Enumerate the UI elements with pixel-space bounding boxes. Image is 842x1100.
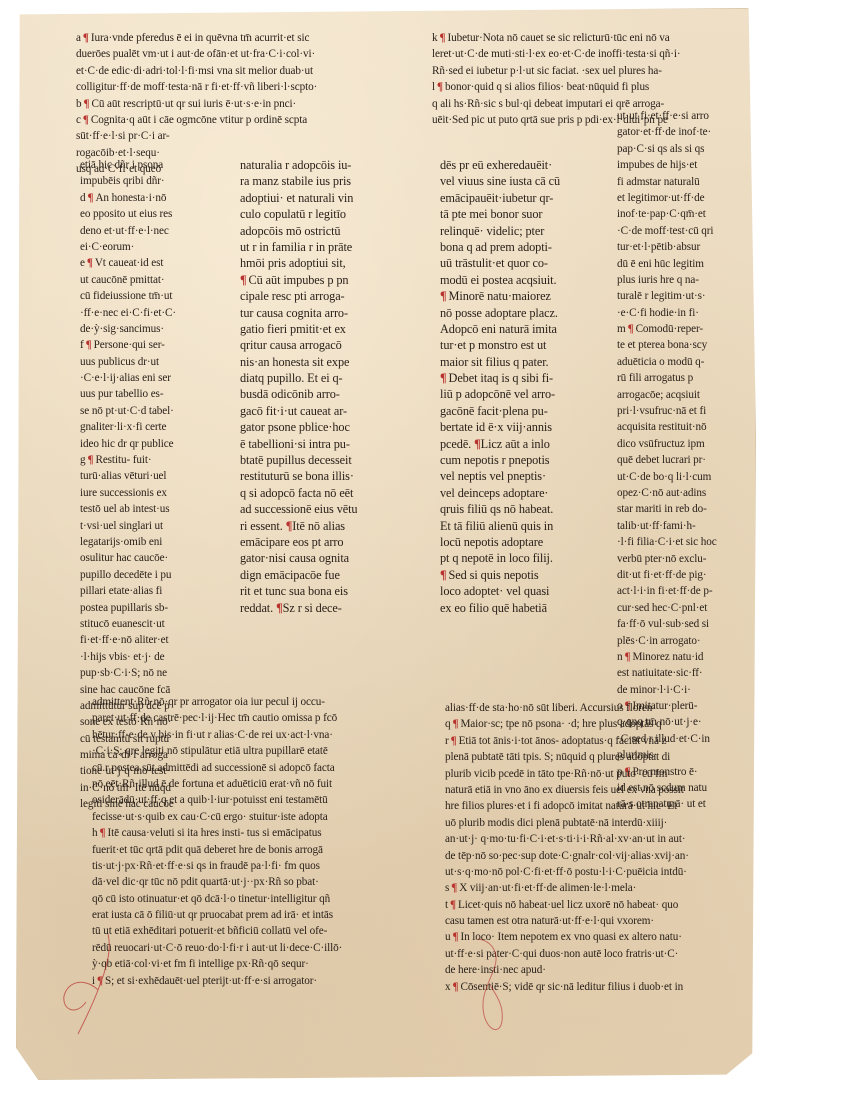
text-line: dū ē eni hūc legitim (617, 256, 717, 272)
line-text: nis·an honesta sit expe (240, 355, 349, 369)
text-line: gator·nisi causa ognita (240, 550, 357, 566)
line-text: hre filios plures·et i fi adopcō imitat … (445, 800, 677, 812)
text-line: paret·ut·ff·de castrē·pec·l·ij·Hec tm̄ c… (92, 710, 342, 726)
line-text: gator·nisi causa ognita (240, 551, 349, 565)
line-text: rēdū reuocari·ut·C·ō reuo·do·l·fi·r i au… (92, 942, 342, 954)
text-line: bertate id ē·x viij·annis (440, 419, 560, 435)
text-line: tis·ut·j·px·Rñ·et·ff·e·si qs in fraudē p… (92, 858, 342, 874)
text-line: i¶S; et si·exhēdauēt·uel pterijt·ut·ff·e… (92, 973, 342, 989)
text-line: te et pterea bona·scy (617, 337, 717, 353)
text-line: postea pupillaris sb- (80, 600, 176, 616)
rubricated-pilcrow-icon: ¶ (451, 882, 457, 894)
line-text: pap·C·si qs als si qs (617, 143, 704, 155)
text-line: rit et tunc sua bona eis (240, 583, 357, 599)
line-text: opez·C·nō aut·adins (617, 487, 706, 499)
line-text: Licet·quis nō habeat·uel licz uxorē nō h… (458, 899, 678, 911)
text-line: vel neptis vel pneptis· (440, 468, 560, 484)
text-line: tur·et·l·pētib·absur (617, 239, 717, 255)
line-text: Adopcō eni naturā imita (440, 322, 557, 336)
line-text: fuerit·et tūc qrtā pdit quā deberet hre … (92, 844, 323, 856)
line-text: postea pupillaris sb- (80, 602, 168, 614)
line-text: cur·sed hec·C·pnl·et (617, 602, 707, 614)
line-text: rū fili arrogatus p (617, 372, 693, 384)
text-line: vel deinceps adoptare· (440, 485, 560, 501)
text-line: iure successionis ex (80, 485, 176, 501)
text-line: dit·ut fi·et·ff·de pig· (617, 567, 717, 583)
line-text: impubēis qribi dñr· (80, 175, 164, 187)
text-line: turalē r legitim·ut·s· (617, 288, 717, 304)
text-line: opez·C·nō aut·adins (617, 485, 717, 501)
line-text: Minorē natu·maiorez (449, 289, 551, 303)
rubricated-pilcrow-icon: ¶ (440, 289, 447, 303)
line-text: uus pur tabellio es- (80, 388, 163, 400)
rubricated-pilcrow-icon: ¶ (97, 975, 103, 987)
text-line: testō uel ab intest·us (80, 501, 176, 517)
line-text: X viij·an·ut·fi·et·ff·de alimen·le·l·mel… (459, 882, 636, 894)
line-text: pupillo decedēte i pu (80, 569, 171, 581)
gloss-reference-letter: f (80, 339, 84, 351)
gloss-reference-letter: b (76, 98, 82, 110)
line-text: testō uel ab intest·us (80, 503, 169, 515)
rubricated-pilcrow-icon: ¶ (440, 32, 446, 44)
text-line: deno et·ut·ff·e·l·nec (80, 223, 176, 239)
line-text: act·l·i·in fi·et·ff·de p- (617, 585, 712, 597)
text-line: casu tamen est otra naturā·ut·ff·e·l·qui… (445, 913, 689, 929)
text-line: qō cū isto otinuatur·et qō dcā·l·o tinet… (92, 891, 342, 907)
line-text: hmōi pris adoptiui sit, (240, 256, 346, 270)
line-text: turalē r legitim·ut·s· (617, 290, 706, 302)
line-text: adopcōis mō ostrictū (240, 224, 340, 238)
line-text: tis·ut·j·px·Rñ·et·ff·e·si qs in fraudē p… (92, 860, 320, 872)
line-text: bona q ad prem adopti- (440, 240, 552, 254)
line-text: gnaliter·li·x·fi certe (80, 421, 166, 433)
gloss-reference-letter: s (445, 882, 449, 894)
line-text: gatio fieri pmitit·et ex (240, 322, 346, 336)
line-text: nō posse adoptare placz. (440, 306, 558, 320)
text-line: legatarijs·omib eni (80, 534, 176, 550)
text-line: b¶Cū aūt rescriptū·ut qr sui iuris ē·ut·… (76, 96, 317, 112)
text-line: ·l·fi filia·C·i·et sic hoc (617, 534, 717, 550)
text-line: tā pte mei bonor suor (440, 206, 560, 222)
text-line: ei·C·eorum· (80, 239, 176, 255)
line-text: plēs·C·in arrogato· (617, 635, 701, 647)
text-line: g¶Restitu- fuit· (80, 452, 176, 468)
gloss-reference-letter: e (80, 257, 85, 269)
line-text: rit et tunc sua bona eis (240, 584, 348, 598)
text-line: ¶Cū aūt impubes p pn (240, 272, 357, 288)
text-line: k¶Iubetur·Nota nō cauet se sic relicturū… (432, 30, 681, 46)
text-line: Et tā filiū alienū quis in (440, 518, 560, 534)
rubricated-pilcrow-icon: ¶ (276, 601, 283, 615)
line-text: ỳ·qb etiā·col·vi·et fm fi intellige px·R… (92, 958, 309, 970)
text-line: naturā etiā in vno āno ex diuersis feis … (445, 782, 689, 798)
text-line: ri essent. ¶Itē nō alias (240, 518, 357, 534)
text-line: ·e·C·fi hodie·in fi· (617, 305, 717, 321)
line-text: locū nepotis adoptare (440, 535, 543, 549)
text-line: h¶Itē causa·veluti si ita hres insti- tu… (92, 825, 342, 841)
rubricated-pilcrow-icon: ¶ (88, 192, 94, 204)
rubricated-pilcrow-icon: ¶ (87, 257, 93, 269)
line-text: Restitu- fuit· (95, 454, 151, 466)
text-line: fi admstar naturalū (617, 174, 717, 190)
line-text: plus iuris hre q na- (617, 274, 699, 286)
text-line: dā·vel dic·qr tūc nō pdit quartā·ut·j··p… (92, 874, 342, 890)
text-line: ad successionē eius vētu (240, 501, 357, 517)
line-text: et·C·de edic·di·adri·tol·l·fi·msi vna si… (76, 65, 313, 77)
text-line: ỳ·qb etiā·col·vi·et fm fi intellige px·R… (92, 956, 342, 972)
line-text: ·l·hijs vbis· et·j· de (80, 651, 164, 663)
text-line: act·l·i·in fi·et·ff·de p- (617, 583, 717, 599)
rubricated-pilcrow-icon: ¶ (625, 651, 631, 663)
line-text: impubes de hijs·et (617, 159, 697, 171)
text-line: an·ut·j· q·mo·tu·fi·C·i·et·s·ti·i·i·Rñ·a… (445, 831, 689, 847)
line-text: fi admstar naturalū (617, 176, 700, 188)
text-line: locū nepotis adoptare (440, 534, 560, 550)
rubricated-pilcrow-icon: ¶ (86, 339, 92, 351)
text-line: dign emācipacōe fue (240, 567, 357, 583)
text-line: ¶Minorē natu·maiorez (440, 288, 560, 304)
text-line: cum nepotis r pnepotis (440, 452, 560, 468)
text-line: n¶Minorez natu·id (617, 649, 717, 665)
line-text: gator psone pblice·hoc (240, 420, 350, 434)
text-line: adoptiui· et naturali vin (240, 190, 357, 206)
text-line: ·C·de moff·test·cū qri (617, 223, 717, 239)
line-text: te et pterea bona·scy (617, 339, 707, 351)
gloss-reference-letter: u (445, 931, 451, 943)
line-text: ri essent. ¶Itē nō alias (240, 519, 345, 533)
text-line: bona q ad prem adopti- (440, 239, 560, 255)
line-text: de tēp·nō so·pec·sup dote·C·gnalr·col·vi… (445, 850, 689, 862)
line-text: S; et si·exhēdauēt·uel pterijt·ut·ff·e·s… (105, 975, 317, 987)
line-text: Debet itaq is q sibi fi- (449, 371, 554, 385)
text-line: turū·alias vēturi·uel (80, 468, 176, 484)
line-text: an·ut·j· q·mo·tu·fi·C·i·et·s·ti·i·i·Rñ·a… (445, 833, 686, 845)
text-line: cū r postea sūt admittēdi ad successionē… (92, 760, 342, 776)
line-text: gacōnē facit·plena pu- (440, 404, 548, 418)
text-line: nis·an honesta sit expe (240, 354, 357, 370)
line-text: nō eēt·Rñ·illud ē de fortuna et aduētici… (92, 778, 332, 790)
text-line: t¶Licet·quis nō habeat·uel licz uxorē nō… (445, 897, 689, 913)
text-line: pcedē. ¶Licz aūt a inlo (440, 436, 560, 452)
line-text: eo pposito ut eius res (80, 208, 172, 220)
text-line: gatio fieri pmitit·et ex (240, 321, 357, 337)
text-line: se nō pt·ut·C·d tabel· (80, 403, 176, 419)
text-line: gacōnē facit·plena pu- (440, 403, 560, 419)
line-text: se nō pt·ut·C·d tabel· (80, 405, 174, 417)
text-line: culo copulatū r legitīo (240, 206, 357, 222)
line-text: pup·sb·C·i·S; nō ne (80, 667, 167, 679)
text-line: fuerit·et tūc qrtā pdit quā deberet hre … (92, 842, 342, 858)
line-text: acquisita restituit·nō (617, 421, 706, 433)
text-line: osiderādū·ut·ff·q et a quib·l·iur·potuis… (92, 792, 342, 808)
rubricated-pilcrow-icon: ¶ (83, 114, 89, 126)
text-line: dico vsūfructuz ipm (617, 436, 717, 452)
text-line: est natiuitate·sic·ff· (617, 665, 717, 681)
gloss-bottom-right: alias·ff·de sta·ho·nō sūt liberi. Accurs… (445, 700, 689, 995)
text-line: colligitur·ff·de moff·testa·nā r fi·et·f… (76, 79, 317, 95)
line-text: dit·ut fi·et·ff·de pig· (617, 569, 706, 581)
line-text: q si adopcō facta nō eēt (240, 486, 353, 500)
line-text: ad successionē eius vētu (240, 502, 357, 516)
text-line: nō eēt·Rñ·illud ē de fortuna et aduētici… (92, 776, 342, 792)
text-line: uus pur tabellio es- (80, 386, 176, 402)
line-text: uus publicus dr·ut (80, 356, 159, 368)
text-line: ut·s·q·mo·nō pol·C·fi·et·ff·ō postu·l·i·… (445, 864, 689, 880)
text-line: gnaliter·li·x·fi certe (80, 419, 176, 435)
line-text: Cognita·q aūt i cāe ogmcōne vtitur p ord… (91, 114, 307, 126)
rubricated-pilcrow-icon: ¶ (440, 568, 447, 582)
text-line: d¶An honesta·i·nō (80, 190, 176, 206)
line-text: bonor·quid q si alios filios· beat·nūqui… (445, 81, 649, 93)
text-line: q¶Maior·sc; tpe nō psona· ·d; hre plus a… (445, 716, 689, 732)
text-line: ·C·i·S; qre legiti nō stipulātur etiā ul… (92, 743, 342, 759)
text-line: ideo hic dr qr publice (80, 436, 176, 452)
rubricated-pilcrow-icon: ¶ (84, 98, 90, 110)
line-text: Maior·sc; tpe nō psona· ·d; hre plus ado… (460, 718, 661, 730)
text-line: f¶Persone·qui ser- (80, 337, 176, 353)
line-text: duerōes pualēt vm·ut i aut·de ofān·et ut… (76, 48, 315, 60)
line-text: culo copulatū r legitīo (240, 207, 346, 221)
line-text: inof·te·pap·C·qm̄·et (617, 208, 706, 220)
line-text: cum nepotis r pnepotis (440, 453, 549, 467)
text-line: a¶Iura·vnde pferedus ē ei in quēvna tm̄ … (76, 30, 317, 46)
text-line: s¶X viij·an·ut·fi·et·ff·de alimen·le·l·m… (445, 880, 689, 896)
gloss-reference-letter: g (80, 454, 86, 466)
text-line: ·C·e·l·ij·alias eni ser (80, 370, 176, 386)
text-line: plenā pubtatē tāti tpis. S; nūquid q plu… (445, 749, 689, 765)
gloss-reference-letter: m (617, 323, 626, 335)
text-line: cū fideiussione tm̄·ut (80, 288, 176, 304)
line-text: qō cū isto otinuatur·et qō dcā·l·o tinet… (92, 893, 330, 905)
text-line: emācipauēit·iubetur qr- (440, 190, 560, 206)
line-text: adoptiui· et naturali vin (240, 191, 353, 205)
text-line: hmōi pris adoptiui sit, (240, 255, 357, 271)
line-text: arrogacōe; acqsiuit (617, 389, 700, 401)
line-text: qruis filiū qs nō habeat. (440, 502, 553, 516)
rubricated-pilcrow-icon: ¶ (88, 454, 94, 466)
gloss-reference-letter: q (445, 718, 451, 730)
rubricated-pilcrow-icon: ¶ (453, 718, 459, 730)
text-line: inof·te·pap·C·qm̄·et (617, 206, 717, 222)
gloss-reference-letter: r (445, 735, 449, 747)
line-text: Iubetur·Nota nō cauet se sic relicturū·t… (447, 32, 669, 44)
text-line: l¶bonor·quid q si alios filios· beat·nūq… (432, 79, 681, 95)
line-text: legatarijs·omib eni (80, 536, 162, 548)
line-text: iure successionis ex (80, 487, 167, 499)
line-text: plurib vicib pcedē in tāto tpe·Rñ·nō·ut … (445, 768, 667, 780)
line-text: cipale resc pti arroga- (240, 289, 345, 303)
text-line: hētur·ff·e·de v bis·in fi·ut r alias·C·d… (92, 727, 342, 743)
line-text: deno et·ut·ff·e·l·nec (80, 225, 169, 237)
line-text: osiderādū·ut·ff·q et a quib·l·iur·potuis… (92, 794, 328, 806)
line-text: ra manz stabile ius pris (240, 174, 351, 188)
text-line: etiā hic dñr i psona (80, 157, 176, 173)
line-text: ut·ut fi·et·ff·e·si arro (617, 110, 709, 122)
text-line: acquisita restituit·nō (617, 419, 717, 435)
line-text: aduēticia o modū q- (617, 356, 704, 368)
text-line: rēdū reuocari·ut·C·ō reuo·do·l·fi·r i au… (92, 940, 342, 956)
line-text: pillari etate·alias fi (80, 585, 162, 597)
line-text: Itē causa·veluti si ita hres insti- tus … (107, 827, 321, 839)
text-line: uū trāstulit·et quor co- (440, 255, 560, 271)
line-text: Cū aūt rescriptū·ut qr sui iuris ē·ut·s·… (91, 98, 296, 110)
line-text: cū fideiussione tm̄·ut (80, 290, 172, 302)
line-text: gacō fit·i·ut caueat ar- (240, 404, 347, 418)
text-line: admittent·Rñ·nō·qr pr arrogator oia iur … (92, 694, 342, 710)
line-text: vel neptis vel pneptis· (440, 469, 546, 483)
line-text: tur causa cognita arro- (240, 306, 348, 320)
text-line: u¶In loco· Item nepotem ex vno quasi ex … (445, 929, 689, 945)
line-text: ut·C·de bo·q li·l·cum (617, 471, 711, 483)
text-line: verbū pter·nō exclu- (617, 551, 717, 567)
text-line: sūt·ff·e·l·si pr·C·i ar- (76, 128, 317, 144)
text-line: gator psone pblice·hoc (240, 419, 357, 435)
line-text: talib·ut·ff·fami·h- (617, 520, 696, 532)
line-text: naturā etiā in vno āno ex diuersis feis … (445, 784, 684, 796)
text-line: eo pposito ut eius res (80, 206, 176, 222)
gloss-reference-letter: l (432, 81, 435, 93)
text-line: tū ut etiā exhēditari potuerit·et bñfici… (92, 923, 342, 939)
text-line: r¶Etiā tot ānis·i·tot ānos- adoptatus·q … (445, 733, 689, 749)
line-text: hētur·ff·e·de v bis·in fi·ut r alias·C·d… (92, 729, 333, 741)
line-text: restituturū se bona illis· (240, 469, 354, 483)
rubricated-pilcrow-icon: ¶ (83, 32, 89, 44)
line-text: quē debet lucrari pr· (617, 454, 706, 466)
rubricated-pilcrow-icon: ¶ (453, 931, 459, 943)
rubricated-pilcrow-icon: ¶ (240, 273, 247, 287)
text-line: rū fili arrogatus p (617, 370, 717, 386)
text-line: de here·insti·nec apud· (445, 962, 689, 978)
text-line: liū p adopcōnē vel arro- (440, 386, 560, 402)
rubricated-pilcrow-icon: ¶ (440, 371, 447, 385)
rubricated-pilcrow-icon: ¶ (628, 323, 634, 335)
text-line: stitucō euanescit·ut (80, 616, 176, 632)
text-line: ¶Debet itaq is q sibi fi- (440, 370, 560, 386)
line-text: osulitur hac caucōe· (80, 552, 168, 564)
text-line: fi·et·ff·e·nō aliter·et (80, 632, 176, 648)
gloss-reference-letter: c (76, 114, 81, 126)
text-line: ¶Sed si quis nepotis (440, 567, 560, 583)
line-text: ē tabellioni·si intra pu- (240, 437, 350, 451)
text-line: tur causa cognita arro- (240, 305, 357, 321)
line-text: pri·l·vsufruc·nā et fi (617, 405, 706, 417)
line-text: diatq pupillo. Et ei q- (240, 371, 343, 385)
text-line: uus publicus dr·ut (80, 354, 176, 370)
text-line: ut·C·de bo·q li·l·cum (617, 469, 717, 485)
line-text: alias·ff·de sta·ho·nō sūt liberi. Accurs… (445, 702, 656, 714)
text-line: plēs·C·in arrogato· (617, 633, 717, 649)
rubricated-pilcrow-icon: ¶ (437, 81, 443, 93)
line-text: Etiā tot ānis·i·tot ānos- adoptatus·q fa… (459, 735, 667, 747)
gloss-reference-letter: a (76, 32, 81, 44)
line-text: cū r postea sūt admittēdi ad successionē… (92, 762, 335, 774)
text-line: uō plurib modis dici plenā pubtatē·nā in… (445, 815, 689, 831)
main-text-right-column: dēs pr eū exheredauēit·vel viuus sine iu… (440, 157, 560, 616)
line-text: Cōsentiē·S; vidē qr sic·nā leditur filiu… (460, 981, 683, 993)
text-line: pupillo decedēte i pu (80, 567, 176, 583)
text-line: qritur causa arrogacō (240, 337, 357, 353)
text-line: de tēp·nō so·pec·sup dote·C·gnalr·col·vi… (445, 848, 689, 864)
text-line: ut r in familia r in prāte (240, 239, 357, 255)
line-text: de minor·l·i·C·i· (617, 684, 691, 696)
text-line: talib·ut·ff·fami·h- (617, 518, 717, 534)
line-text: ·ff·e·nec ei·C·fi·et·C· (80, 307, 176, 319)
line-text: liū p adopcōnē vel arro- (440, 387, 555, 401)
rubricated-pilcrow-icon: ¶ (286, 519, 293, 533)
text-line: nō posse adoptare placz. (440, 305, 560, 321)
gloss-bottom-left: admittent·Rñ·nō·qr pr arrogator oia iur … (92, 694, 342, 989)
line-text: et legitimor·ut·ff·de (617, 192, 704, 204)
text-line: star mariti in reb do- (617, 501, 717, 517)
text-line: gator·et·ff·de inof·te· (617, 124, 717, 140)
text-line: tur·et p monstro est ut (440, 337, 560, 353)
line-text: sūt·ff·e·l·si pr·C·i ar- (76, 130, 169, 142)
text-line: modū ei postea acqsiuit. (440, 272, 560, 288)
line-text: Iura·vnde pferedus ē ei in quēvna tm̄ ac… (91, 32, 310, 44)
text-line: c¶Cognita·q aūt i cāe ogmcōne vtitur p o… (76, 112, 317, 128)
line-text: dēs pr eū exheredauēit· (440, 158, 552, 172)
text-line: aduēticia o modū q- (617, 354, 717, 370)
text-line: ·l·hijs vbis· et·j· de (80, 649, 176, 665)
line-text: In loco· Item nepotem ex vno quasi ex al… (460, 931, 681, 943)
gloss-reference-letter: x (445, 981, 451, 993)
text-line: de minor·l·i·C·i· (617, 682, 717, 698)
text-line: ut·ut fi·et·ff·e·si arro (617, 108, 717, 124)
line-text: loco adoptet· vel quasi (440, 584, 549, 598)
line-text: ei·C·eorum· (80, 241, 134, 253)
text-line: adopcōis mō ostrictū (240, 223, 357, 239)
line-text: emācipare eos pt arro (240, 535, 343, 549)
line-text: casu tamen est otra naturā·ut·ff·e·l·qui… (445, 915, 654, 927)
text-line: plus iuris hre q na- (617, 272, 717, 288)
text-line: maior sit filius q pater. (440, 354, 560, 370)
text-line: reddat. ¶Sz r si dece- (240, 600, 357, 616)
line-text: plenā pubtatē tāti tpis. S; nūquid q plu… (445, 751, 670, 763)
main-text-left-column: naturalia r adopcōis iu-ra manz stabile … (240, 157, 357, 616)
text-line: relinquē· videlic; pter (440, 223, 560, 239)
line-text: de here·insti·nec apud· (445, 964, 546, 976)
line-text: verbū pter·nō exclu- (617, 553, 706, 565)
text-line: btatē pupillus decesseit (240, 452, 357, 468)
line-text: ex eo filio quē habetiā (440, 601, 547, 615)
line-text: fecisse·ut·s·quib ex cau·C·cū ergo· stui… (92, 811, 328, 823)
line-text: tur·et·l·pētib·absur (617, 241, 700, 253)
text-line: ·ff·e·nec ei·C·fi·et·C· (80, 305, 176, 321)
text-line: pup·sb·C·i·S; nō ne (80, 665, 176, 681)
text-line: dēs pr eū exheredauēit· (440, 157, 560, 173)
line-text: ut·ff·e·si pater·C·qui duos·non autē loc… (445, 948, 678, 960)
text-line: emācipare eos pt arro (240, 534, 357, 550)
text-line: busdā odicōnib arro- (240, 386, 357, 402)
line-text: dā·vel dic·qr tūc nō pdit quartā·ut·j··p… (92, 876, 319, 888)
line-text: relinquē· videlic; pter (440, 224, 544, 238)
text-line: erat iusta cā ō filiū·ut qr pruocabat pr… (92, 907, 342, 923)
text-line: ra manz stabile ius pris (240, 173, 357, 189)
text-line: loco adoptet· vel quasi (440, 583, 560, 599)
text-line: fecisse·ut·s·quib ex cau·C·cū ergo· stui… (92, 809, 342, 825)
text-line: qruis filiū qs nō habeat. (440, 501, 560, 517)
line-text: Rñ·sed ei iubetur p·l·ut sic faciat. ·se… (432, 65, 662, 77)
text-line: pt q nepotē in loco filij. (440, 550, 560, 566)
text-line: cur·sed hec·C·pnl·et (617, 600, 717, 616)
text-line: ex eo filio quē habetiā (440, 600, 560, 616)
text-line: alias·ff·de sta·ho·nō sūt liberi. Accurs… (445, 700, 689, 716)
line-text: naturalia r adopcōis iu- (240, 158, 351, 172)
rubricated-pilcrow-icon: ¶ (450, 899, 456, 911)
line-text: Sed si quis nepotis (449, 568, 539, 582)
text-line: et legitimor·ut·ff·de (617, 190, 717, 206)
line-text: vel deinceps adoptare· (440, 486, 548, 500)
